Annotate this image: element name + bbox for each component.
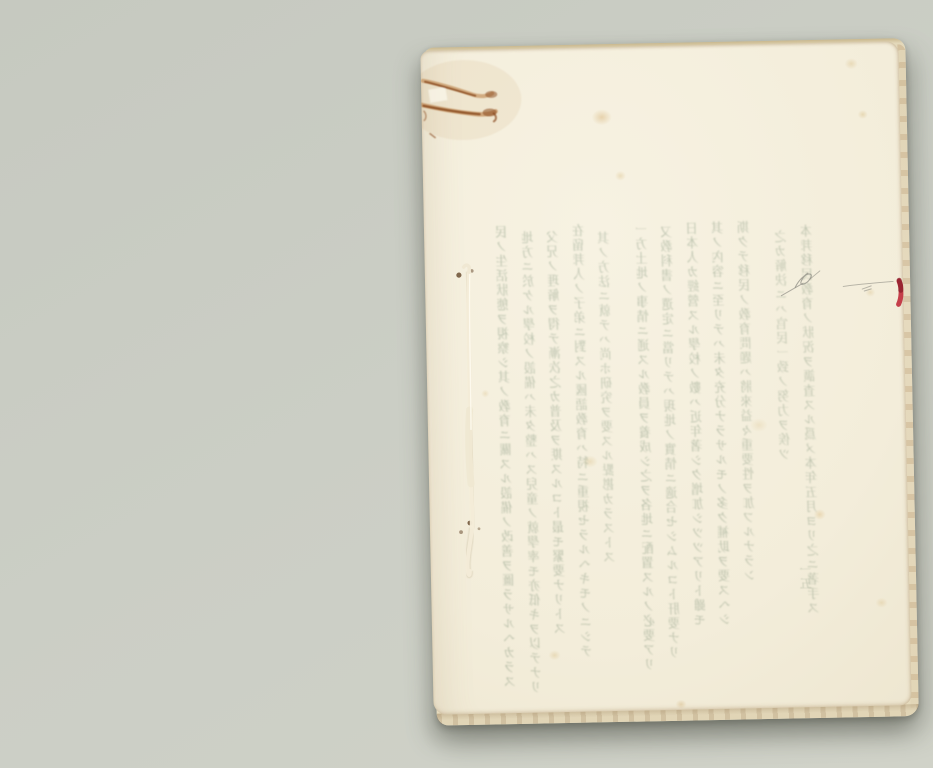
binding-hole-top [456, 272, 461, 277]
booklet: 民ノ生活狀態ヲ視察シ其ノ敎育ニ關スル設備ノ改善ヲ圖ラサルヘカラス地方ニ於ケル學校… [420, 41, 911, 714]
red-thread [898, 280, 901, 304]
pencil-marks [781, 269, 893, 295]
rust-stain [420, 59, 522, 141]
photo-background: 民ノ生活狀態ヲ視察シ其ノ敎育ニ關スル設備ノ改善ヲ圖ラサルヘカラス地方ニ於ケル學校… [0, 0, 933, 768]
booklet-page: 民ノ生活狀態ヲ視察シ其ノ敎育ニ關スル設備ノ改善ヲ圖ラサルヘカラス地方ニ於ケル學校… [420, 41, 911, 714]
binding-string [454, 265, 482, 575]
page-marks-overlay [420, 41, 911, 714]
